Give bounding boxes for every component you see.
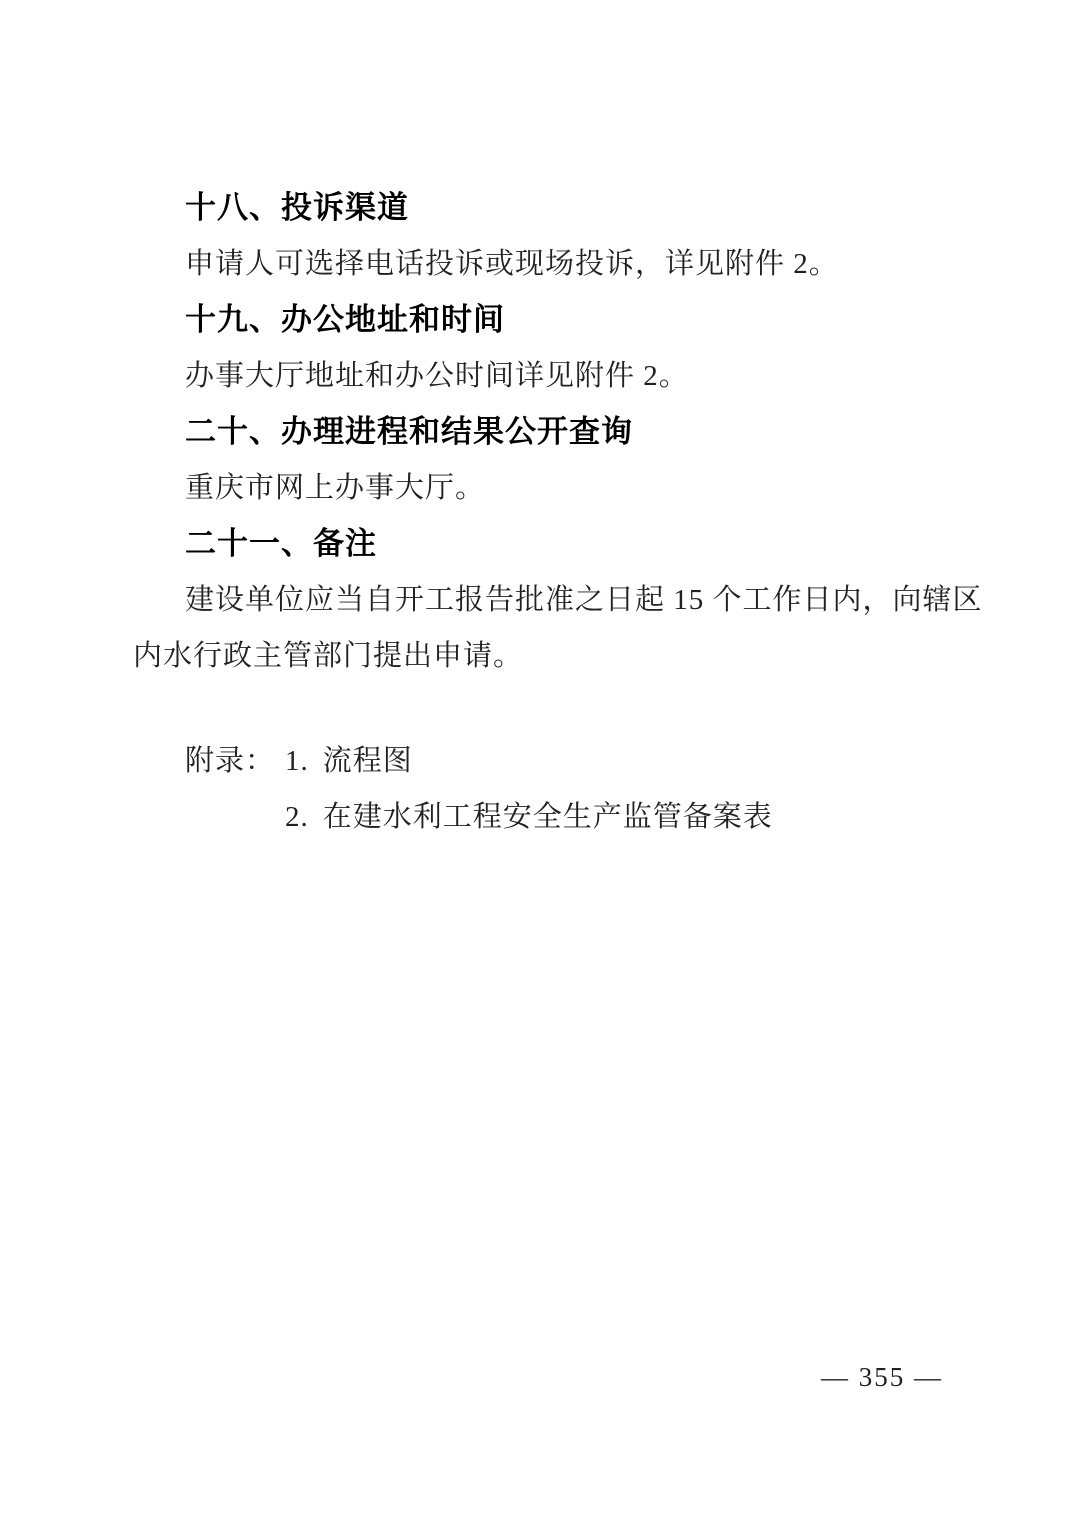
section-heading-remarks: 二十一、备注 xyxy=(133,516,945,572)
document-content: 十八、投诉渠道 申请人可选择电话投诉或现场投诉，详见附件 2。 十九、办公地址和… xyxy=(133,180,945,845)
appendix-item-number: 1. xyxy=(285,745,309,777)
section-heading-complaint-channels: 十八、投诉渠道 xyxy=(133,180,945,236)
document-page: 十八、投诉渠道 申请人可选择电话投诉或现场投诉，详见附件 2。 十九、办公地址和… xyxy=(0,0,1074,1520)
section-paragraph-line: 内水行政主管部门提出申请。 xyxy=(133,628,945,684)
section-paragraph: 申请人可选择电话投诉或现场投诉，详见附件 2。 xyxy=(133,236,945,292)
appendix-item-title: 在建水利工程安全生产监管备案表 xyxy=(323,801,773,833)
appendix-label: 附录： xyxy=(185,733,275,789)
section-paragraph-line: 建设单位应当自开工报告批准之日起 15 个工作日内，向辖区 xyxy=(133,572,945,628)
section-paragraph: 重庆市网上办事大厅。 xyxy=(133,460,945,516)
appendix-item-number: 2. xyxy=(285,801,309,833)
section-paragraph: 办事大厅地址和办公时间详见附件 2。 xyxy=(133,348,945,404)
page-number: — 355 — xyxy=(821,1362,943,1392)
section-heading-progress-result-inquiry: 二十、办理进程和结果公开查询 xyxy=(133,404,945,460)
appendix-items: 1.流程图 2.在建水利工程安全生产监管备案表 xyxy=(285,733,773,845)
appendix-item: 1.流程图 xyxy=(285,733,773,789)
appendix-item: 2.在建水利工程安全生产监管备案表 xyxy=(285,789,773,845)
section-heading-office-address-time: 十九、办公地址和时间 xyxy=(133,292,945,348)
page-footer: — 355 — xyxy=(821,1360,943,1394)
appendix-block: 附录： 1.流程图 2.在建水利工程安全生产监管备案表 xyxy=(133,733,945,845)
appendix-item-title: 流程图 xyxy=(323,745,413,777)
